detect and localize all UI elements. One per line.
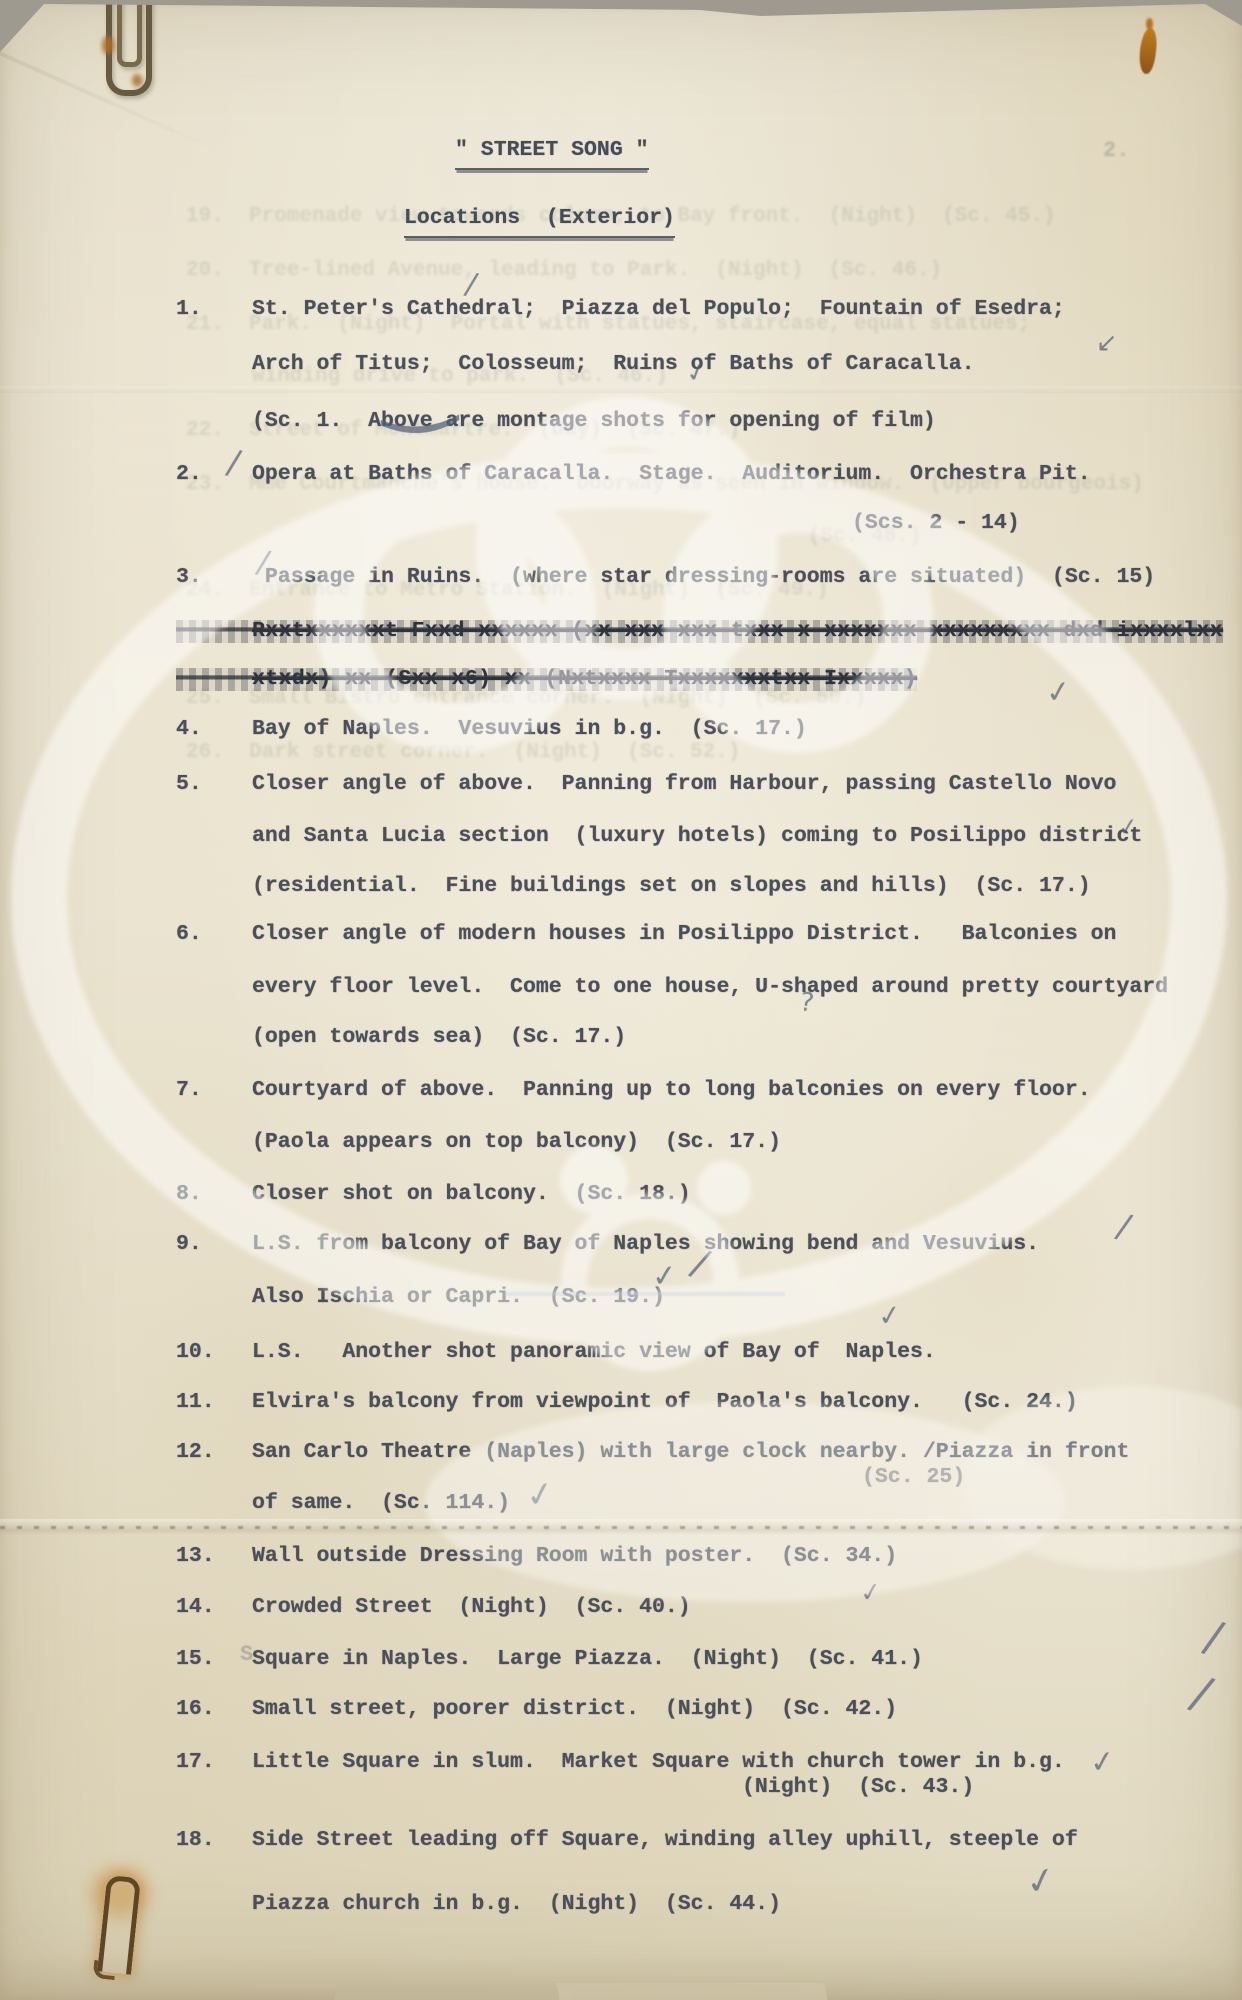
bleedthrough-line: 20. Tree-lined Avenue, leading to Park. … bbox=[186, 260, 942, 281]
bottom-tear-left bbox=[334, 1987, 574, 2000]
typed-line: (Sc. 25) bbox=[862, 1466, 965, 1489]
paperclip-rust-spot bbox=[132, 74, 142, 86]
pencil-mark: ✓ bbox=[1023, 1861, 1060, 1902]
typed-line-struck: Rxxtxxxxxxt-Fxxd xxxxxx (xx xxx xxx-txxx… bbox=[176, 620, 1223, 643]
bleedthrough-line: 26. Dark street corner. (Night) (Sc. 52.… bbox=[186, 742, 741, 763]
item-number: 16. bbox=[176, 1698, 252, 1721]
typed-line: Piazza church in b.g. (Night) (Sc. 44.) bbox=[176, 1893, 781, 1916]
typed-line: 17.Little Square in slum. Market Square … bbox=[176, 1751, 1065, 1774]
item-number: 17. bbox=[176, 1751, 252, 1774]
pencil-mark: ✓ bbox=[523, 1476, 557, 1514]
pencil-mark: ✓ bbox=[876, 1301, 903, 1332]
typed-line: 12.San Carlo Theatre (Naples) with large… bbox=[176, 1441, 1129, 1464]
pencil-mark: ✓ bbox=[1088, 1746, 1117, 1779]
item-number: 1. bbox=[176, 298, 252, 321]
typed-line: 18.Side Street leading off Square, windi… bbox=[176, 1829, 1078, 1852]
paperclip-inner-wire bbox=[117, 0, 142, 67]
paperclip-rust-spot bbox=[102, 36, 114, 54]
typed-line: 11.Elvira's balcony from viewpoint of Pa… bbox=[176, 1391, 1078, 1414]
pencil-mark: / bbox=[1186, 1669, 1218, 1717]
fold-stitch-marks bbox=[0, 1526, 1242, 1529]
item-number: 2. bbox=[176, 463, 252, 486]
pencil-mark: ↙ bbox=[1096, 330, 1118, 356]
typed-ghost-character: S bbox=[240, 1644, 253, 1666]
rust-stain-small bbox=[1146, 18, 1153, 30]
item-number: 5. bbox=[176, 773, 252, 796]
faint-blue-underline bbox=[505, 1292, 785, 1296]
typed-line: 16.Small street, poorer district. (Night… bbox=[176, 1698, 897, 1721]
typed-line: (Night) (Sc. 43.) bbox=[742, 1776, 974, 1799]
typed-line: (Scs. 2 - 14) bbox=[852, 512, 1020, 535]
typed-line: 6.Closer angle of modern houses in Posil… bbox=[176, 923, 1116, 946]
item-number: 12. bbox=[176, 1441, 252, 1464]
typed-line-struck: xtxdx) xx (Sxx x6) xx (Nxtxxxx Txxxxxxxt… bbox=[176, 668, 917, 691]
item-number: 13. bbox=[176, 1545, 252, 1568]
typed-line: of same. (Sc. 114.) bbox=[176, 1492, 510, 1515]
paperclip bbox=[106, 0, 150, 98]
typed-line: (Sc. 1. Above are montage shots for open… bbox=[176, 410, 936, 433]
typed-line: 8.Closer shot on balcony. (Sc. 18.) bbox=[176, 1183, 691, 1206]
pencil-mark: ✓ bbox=[651, 1261, 679, 1293]
typed-line: and Santa Lucia section (luxury hotels) … bbox=[176, 825, 1142, 848]
pencil-mark: ? bbox=[798, 989, 815, 1017]
item-number: 11. bbox=[176, 1391, 252, 1414]
item-number: 8. bbox=[176, 1183, 252, 1206]
typed-line: 5.Closer angle of above. Panning from Ha… bbox=[176, 773, 1116, 796]
typed-line: 3. Passage in Ruins. (where star dressin… bbox=[176, 566, 1155, 589]
typed-line: 14.Crowded Street (Night) (Sc. 40.) bbox=[176, 1596, 691, 1619]
scanned-document-page: { "document": { "title": "\" STREET SONG… bbox=[0, 0, 1242, 2000]
pencil-mark: ✓ bbox=[1044, 676, 1073, 709]
rust-stain bbox=[1137, 27, 1158, 75]
item-number: 3. bbox=[176, 566, 252, 589]
item-number: 4. bbox=[176, 718, 252, 741]
document-title: " STREET SONG " bbox=[455, 140, 649, 162]
pencil-mark: ✓ bbox=[858, 1579, 883, 1608]
typed-line: every floor level. Come to one house, U-… bbox=[176, 976, 1168, 999]
pencil-mark: / bbox=[1113, 1209, 1134, 1245]
typed-line: Also Ischia or Capri. (Sc. 19.) bbox=[176, 1286, 665, 1309]
pencil-mark: ‿ bbox=[379, 336, 456, 429]
bottom-tear-right bbox=[557, 1983, 828, 2000]
typed-line: (residential. Fine buildings set on slop… bbox=[176, 875, 1091, 898]
typed-line: 10.L.S. Another shot panoramic view of B… bbox=[176, 1341, 936, 1364]
typed-line: (Paola appears on top balcony) (Sc. 17.) bbox=[176, 1131, 781, 1154]
typed-line: (open towards sea) (Sc. 17.) bbox=[176, 1026, 626, 1049]
typed-line: 15.Square in Naples. Large Piazza. (Nigh… bbox=[176, 1648, 923, 1671]
typed-line: Arch of Titus; Colosseum; Ruins of Baths… bbox=[176, 353, 975, 376]
pencil-mark: / bbox=[1200, 1615, 1228, 1661]
item-number: 9. bbox=[176, 1233, 252, 1256]
typed-line: 4.Bay of Naples. Vesuvius in b.g. (Sc. 1… bbox=[176, 718, 807, 741]
item-number: 6. bbox=[176, 923, 252, 946]
typed-line: 9.L.S. from balcony of Bay of Naples sho… bbox=[176, 1233, 1039, 1256]
item-number: 14. bbox=[176, 1596, 252, 1619]
typed-line: 2.Opera at Baths of Caracalla. Stage. Au… bbox=[176, 463, 1091, 486]
pencil-mark: ✓ bbox=[1117, 814, 1140, 840]
bleedthrough-line: 25. Small Bistro entrance corner. (Night… bbox=[186, 688, 867, 709]
aged-paper-sheet: 19. Promenade view towards column, to Ba… bbox=[0, 0, 1242, 2000]
item-number: 18. bbox=[176, 1829, 252, 1852]
item-number: 7. bbox=[176, 1079, 252, 1102]
typed-line: 13.Wall outside Dressing Room with poste… bbox=[176, 1545, 897, 1568]
subtitle-text: Locations (Exterior) bbox=[404, 206, 675, 238]
typed-line: 7.Courtyard of above. Panning up to long… bbox=[176, 1079, 1091, 1102]
title-text: " STREET SONG " bbox=[455, 138, 649, 170]
item-number: 10. bbox=[176, 1341, 252, 1364]
typed-line: 1.St. Peter's Cathedral; Piazza del Popu… bbox=[176, 298, 1065, 321]
document-subtitle: Locations (Exterior) bbox=[404, 208, 675, 230]
ghost-page-number: 2. bbox=[1103, 140, 1129, 162]
